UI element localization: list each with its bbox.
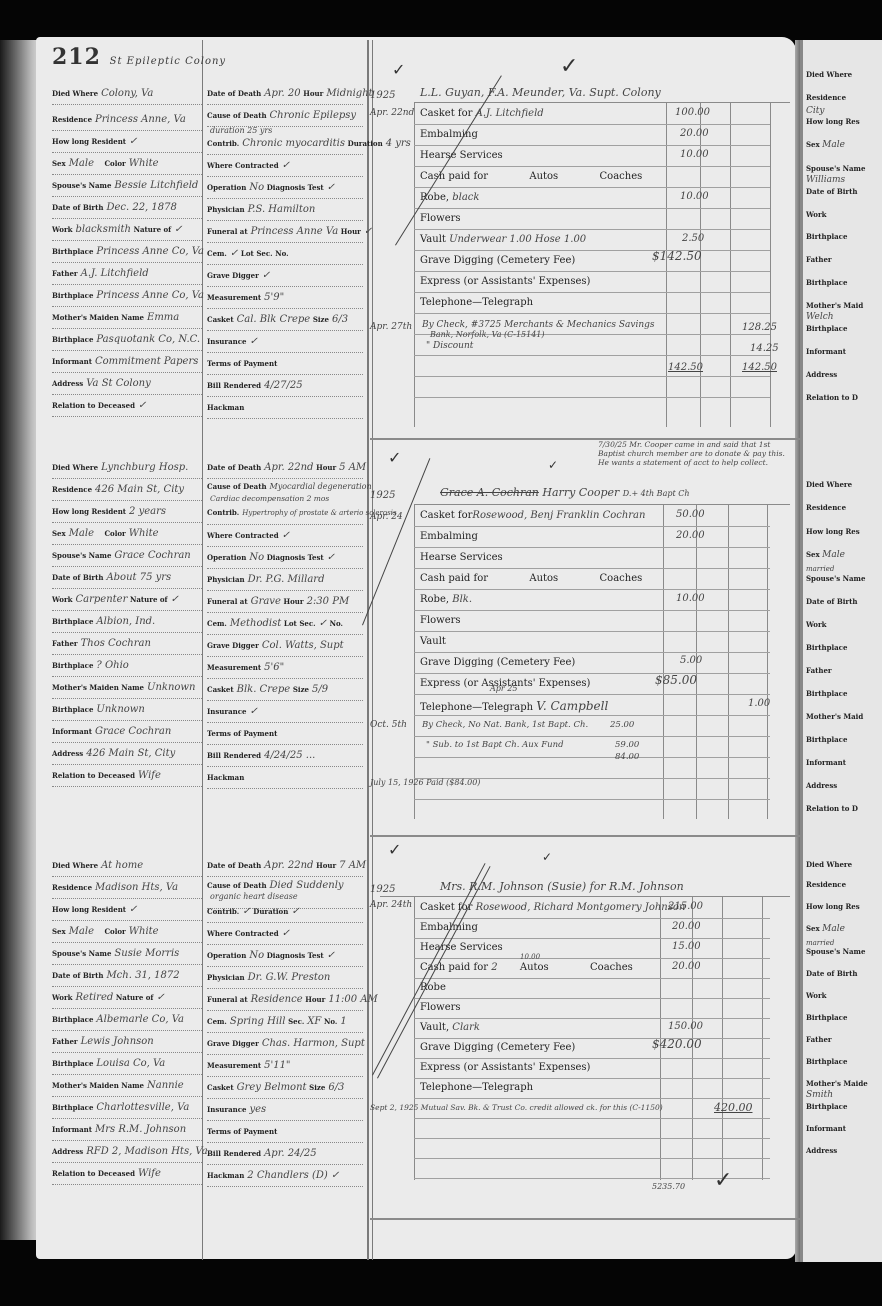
value: Cal. Blk Crepe — [237, 314, 311, 325]
label: Birthplace — [806, 1102, 847, 1111]
value: Male — [69, 926, 94, 937]
label: Diagnosis Test — [267, 553, 324, 562]
vault-row: Vault — [414, 632, 770, 653]
label: Date of Birth — [806, 187, 857, 196]
label: Cause of Death — [207, 881, 267, 890]
label: Mother's Maide — [806, 1079, 868, 1088]
father-field: FatherLewis Johnson — [52, 1036, 202, 1053]
value: ✓ — [129, 136, 137, 147]
label: Sex — [52, 159, 66, 168]
mother-birthplace-field: BirthplaceCharlottesville, Va — [52, 1102, 202, 1119]
label: Birthplace — [806, 643, 847, 652]
value: ✓ — [262, 270, 270, 281]
ledger-record-2: ✓ ✓ 7/30/25 Mr. Cooper came in and said … — [370, 440, 790, 820]
flowers-row: Flowers — [414, 611, 770, 632]
label: Date of Death — [207, 89, 261, 98]
label: Bill Rendered — [207, 1149, 261, 1158]
value: Grey Belmont — [237, 1082, 307, 1093]
rule — [414, 102, 790, 103]
residence-field: ResidencePrincess Anne, Va — [52, 114, 202, 131]
value: 2 — [491, 962, 497, 973]
how-long-resident-field: How long Resident✓ — [52, 904, 202, 921]
value: Clark — [452, 1022, 480, 1033]
record-1-left: Died WhereColony, Va ResidencePrincess A… — [52, 58, 202, 428]
value: ✓ — [291, 906, 299, 917]
value: 4/24/25 ... — [264, 750, 315, 761]
contrib-field: Contrib.Chronic myocarditis Duration4 yr… — [207, 138, 363, 155]
label: Birthplace — [806, 735, 847, 744]
label: Sex — [806, 140, 820, 149]
value: 5'11" — [264, 1060, 290, 1071]
label: Express (or Assistants' Expenses) — [420, 1062, 590, 1073]
address-field: AddressVa St Colony — [52, 378, 202, 395]
label: Mother's Maiden Name — [52, 683, 144, 692]
amount: 20.00 — [680, 128, 709, 139]
rule — [770, 102, 771, 427]
value: ✓ — [319, 618, 327, 629]
label: Where Contracted — [207, 531, 279, 540]
physician-field: PhysicianP.S. Hamilton — [207, 204, 363, 221]
label: Father — [52, 639, 78, 648]
label: How long Res — [806, 902, 860, 911]
value: married — [806, 565, 834, 573]
label: Vault — [420, 1022, 446, 1033]
label: Relation to Deceased — [52, 1169, 135, 1178]
date-of-death-field: Date of DeathApr. 22nd Hour5 AM — [207, 462, 363, 479]
label: Father — [806, 666, 832, 675]
label: No. — [324, 1017, 337, 1026]
grave-digger-field: Grave DiggerChas. Harmon, Supt — [207, 1038, 363, 1055]
value: Charlottesville, Va — [96, 1102, 189, 1113]
value: ? Ohio — [96, 660, 128, 671]
value: Unknown — [96, 704, 144, 715]
label: Died Where — [806, 70, 852, 79]
robe-row: Robe, black — [414, 188, 770, 209]
express-row: Express (or Assistants' Expenses) — [414, 1058, 770, 1079]
value: 1 — [340, 1016, 346, 1027]
label: Residence — [806, 503, 846, 512]
label: Work — [52, 993, 73, 1002]
work-field: WorkCarpenter Nature of✓ — [52, 594, 202, 611]
value: Blk. Crepe — [237, 684, 291, 695]
label: Relation to Deceased — [52, 401, 135, 410]
label: Coaches — [600, 171, 643, 182]
amount: 20.00 — [676, 530, 705, 541]
value: ✓ — [171, 594, 179, 605]
father-birthplace-field: BirthplacePrincess Anne Co, Va — [52, 290, 202, 307]
telephone-row: Telephone—Telegraph — [414, 293, 770, 314]
sex-color-field: SexMale ColorWhite — [52, 926, 202, 943]
amount: 10.00 — [676, 593, 705, 604]
father-birthplace-field: BirthplaceLouisa Co, Va — [52, 1058, 202, 1075]
value: No — [249, 182, 264, 193]
label: Birthplace — [806, 232, 847, 241]
label: Informant — [52, 1125, 92, 1134]
amount: 50.00 — [676, 509, 705, 520]
payment-line: " Sub. to 1st Bapt Ch. Aux Fund — [426, 740, 564, 750]
value: Louisa Co, Va — [96, 1058, 165, 1069]
label: Operation — [207, 553, 246, 562]
label: Birthplace — [806, 1057, 847, 1066]
label: Residence — [52, 485, 92, 494]
how-long-resident-field: How long Resident✓ — [52, 136, 202, 153]
informant-field: InformantCommitment Papers — [52, 356, 202, 373]
terms-of-payment-field: Terms of Payment — [207, 358, 363, 375]
label: Residence — [806, 880, 846, 889]
address-field: Address426 Main St, City — [52, 748, 202, 765]
label: Telephone—Telegraph — [420, 297, 533, 308]
column-divider-mid — [367, 40, 369, 1260]
amount: 84.00 — [615, 752, 639, 762]
value: Underwear 1.00 Hose 1.00 — [449, 234, 586, 245]
amount: 10.00 — [680, 149, 709, 160]
value: Wife — [138, 1168, 161, 1179]
value: ✓ — [282, 928, 290, 939]
label: Diagnosis Test — [267, 183, 324, 192]
label: Size — [313, 315, 329, 324]
value: Smith — [806, 1090, 833, 1100]
telephone-date: Apr 25 — [490, 684, 517, 693]
value: Mrs R.M. Johnson — [95, 1124, 186, 1135]
ledger-payee-suffix: D.+ 4th Bapt Ch — [623, 489, 690, 498]
date-of-birth-field: Date of BirthAbout 75 yrs — [52, 572, 202, 589]
contrib-field: Contrib.Hypertrophy of prostate & arteri… — [207, 508, 363, 525]
value: V. Campbell — [536, 699, 608, 713]
value: Spring Hill — [230, 1016, 286, 1027]
checkmark-icon: ✓ — [548, 458, 558, 472]
value: Methodist — [230, 618, 281, 629]
label: Spouse's Name — [806, 164, 865, 173]
ledger-note: 7/30/25 Mr. Cooper came in and said that… — [598, 440, 788, 467]
label: Mother's Maid — [806, 712, 863, 721]
value: Chronic Epilepsy — [270, 110, 357, 121]
label: Relation to Deceased — [52, 771, 135, 780]
insurance-field: Insurance✓ — [207, 336, 363, 353]
blank-row — [414, 377, 770, 398]
label: Died Where — [52, 861, 98, 870]
express-row: Express (or Assistants' Expenses) — [414, 272, 770, 293]
died-where-field: Died WhereAt home — [52, 860, 202, 877]
value: Died Suddenly — [270, 880, 344, 891]
label: Residence — [52, 883, 92, 892]
ledger-payee-struck: Grace A. Cochran — [440, 486, 539, 499]
hackman-field: Hackman2 Chandlers (D) ✓ — [207, 1170, 363, 1187]
value: black — [452, 192, 479, 203]
section-divider — [370, 1218, 800, 1220]
label: Express (or Assistants' Expenses) — [420, 276, 590, 287]
label: Informant — [806, 347, 846, 356]
value: Grace Cochran — [114, 550, 190, 561]
value: Pasquotank Co, N.C. — [96, 334, 200, 345]
flowers-row: Flowers — [414, 998, 770, 1019]
relation-field: Relation to DeceasedWife — [52, 770, 202, 787]
label: Date of Death — [207, 861, 261, 870]
label: Hearse Services — [420, 552, 503, 563]
value: White — [129, 158, 159, 169]
value: Male — [69, 528, 94, 539]
label: Work — [806, 991, 827, 1000]
value: Princess Anne Co, Va — [96, 246, 204, 257]
label: Measurement — [207, 663, 261, 672]
terms-of-payment-field: Terms of Payment — [207, 1126, 363, 1143]
bill-rendered-field: Bill Rendered4/27/25 — [207, 380, 363, 397]
value: Dr. G.W. Preston — [248, 972, 331, 983]
label: How long Resident — [52, 507, 126, 516]
ledger-year: 1925 — [370, 490, 395, 501]
died-where-field: Died WhereColony, Va — [52, 88, 202, 105]
value: married — [806, 939, 834, 947]
label: Father — [52, 1037, 78, 1046]
label: Address — [806, 781, 837, 790]
label: Coaches — [590, 962, 633, 973]
label: Vault — [420, 636, 446, 647]
value: ✓ — [138, 400, 146, 411]
label: Terms of Payment — [207, 729, 277, 738]
label: Work — [52, 595, 73, 604]
value: Rosewood, Richard Montgomery Johnson — [476, 902, 686, 913]
value: ✓ — [174, 224, 182, 235]
value: About 75 yrs — [106, 572, 171, 583]
label: Insurance — [207, 707, 246, 716]
ledger-date: Apr. 22nd — [370, 108, 414, 118]
value: Male — [822, 140, 845, 150]
subtotal: $420.00 — [652, 1037, 702, 1051]
label: Hour — [341, 227, 361, 236]
grave-digging-row: Grave Digging (Cemetery Fee) — [414, 1038, 770, 1059]
value: At home — [101, 860, 143, 871]
value: Male — [822, 550, 845, 560]
label: Cem. — [207, 1017, 227, 1026]
label: Color — [104, 529, 125, 538]
label: Cem. — [207, 249, 227, 258]
value: 426 Main St, City — [95, 484, 184, 495]
label: Address — [52, 749, 83, 758]
label: Hour — [316, 463, 336, 472]
father-field: FatherThos Cochran — [52, 638, 202, 655]
value: Va St Colony — [86, 378, 150, 389]
payment-line: By Check, No Nat. Bank, 1st Bapt. Ch. — [422, 720, 588, 730]
label: Residence — [806, 93, 846, 102]
how-long-resident-field: How long Resident2 years — [52, 506, 202, 523]
value: Grace Cochran — [95, 726, 171, 737]
hearse-row: Hearse Services — [414, 938, 770, 959]
value: Chronic myocarditis — [242, 138, 345, 149]
label: Birthplace — [52, 1015, 93, 1024]
amount: 59.00 — [615, 740, 639, 750]
amount: 10.00 — [680, 191, 709, 202]
label: Spouse's Name — [52, 551, 111, 560]
value: City — [806, 106, 824, 116]
value: ✓ — [249, 336, 257, 347]
measurement-field: Measurement5'11" — [207, 1060, 363, 1077]
informant-field: InformantGrace Cochran — [52, 726, 202, 743]
label: Sec. — [288, 1017, 304, 1026]
label: Casket for — [420, 510, 472, 521]
measurement-field: Measurement5'9" — [207, 292, 363, 309]
grave-digging-row: Grave Digging (Cemetery Fee) — [414, 653, 770, 674]
value: XF — [307, 1016, 321, 1027]
work-field: Workblacksmith Nature of✓ — [52, 224, 202, 241]
value: 7 AM — [339, 860, 366, 871]
cash-paid-row: Cash paid for Autos Coaches — [414, 167, 770, 188]
label: Cash paid for — [420, 573, 488, 584]
label: Grave Digging (Cemetery Fee) — [420, 255, 575, 266]
label: Funeral at — [207, 597, 248, 606]
label: Father — [806, 255, 832, 264]
amount: 215.00 — [668, 901, 703, 912]
label: Work — [52, 225, 73, 234]
label: Contrib. — [207, 508, 239, 517]
died-where-field: Died WhereLynchburg Hosp. — [52, 462, 202, 479]
label: Sec. — [256, 249, 272, 258]
value: 6/3 — [328, 1082, 344, 1093]
label: Cash paid for — [420, 171, 488, 182]
checkmark-icon: ✓ — [560, 54, 578, 79]
subtotal: $85.00 — [655, 673, 697, 687]
label: Operation — [207, 951, 246, 960]
ledger-year: 1925 — [370, 884, 395, 895]
label: Sex — [806, 924, 820, 933]
residence-field: ResidenceMadison Hts, Va — [52, 882, 202, 899]
label: Hour — [316, 861, 336, 870]
label: Spouse's Name — [806, 574, 865, 583]
label: Birthplace — [52, 1103, 93, 1112]
label: Relation to D — [806, 393, 858, 402]
value: 2 Chandlers (D) ✓ — [247, 1170, 339, 1181]
label: Hearse Services — [420, 150, 503, 161]
where-contracted-field: Where Contracted✓ — [207, 928, 363, 945]
label: Grave Digger — [207, 1039, 259, 1048]
label: Terms of Payment — [207, 359, 277, 368]
label: Casket for — [420, 108, 472, 119]
label: Birthplace — [52, 617, 93, 626]
value: Emma — [147, 312, 179, 323]
date-of-death-field: Date of DeathApr. 20 HourMidnight — [207, 88, 363, 105]
funeral-at-field: Funeral atResidence Hour11:00 AM — [207, 994, 363, 1011]
page-total: 5235.70 — [652, 1182, 685, 1191]
value: Mch. 31, 1872 — [106, 970, 179, 981]
robe-row: Robe — [414, 978, 770, 999]
label: Informant — [806, 1124, 846, 1133]
value: 10.00 — [520, 953, 540, 961]
value: Myocardial degeneration — [270, 482, 372, 491]
value: ✓ — [129, 904, 137, 915]
label: Nature of — [134, 225, 172, 234]
value: duration 25 yrs — [210, 126, 272, 135]
ledger-record-3: ✓ ✓ 1925 Mrs. R.M. Johnson (Susie) for R… — [370, 840, 790, 1220]
label: Date of Birth — [52, 573, 103, 582]
label: Birthplace — [52, 661, 93, 670]
residence-field: Residence426 Main St, City — [52, 484, 202, 501]
blank-row — [414, 1138, 770, 1159]
relation-field: Relation to DeceasedWife — [52, 1168, 202, 1185]
value: ✓ — [242, 906, 250, 917]
telephone-row: Telephone—Telegraph — [414, 1078, 770, 1099]
label: Birthplace — [806, 1013, 847, 1022]
ledger-date: Apr. 24th — [370, 900, 412, 910]
vault-row: Vault Underwear 1.00 Hose 1.00 — [414, 230, 770, 251]
value: 4/27/25 — [264, 380, 303, 391]
value: blacksmith — [76, 224, 132, 235]
birthplace-field: BirthplaceAlbion, Ind. — [52, 616, 202, 633]
value: Wife — [138, 770, 161, 781]
spouse-name-field: Spouse's NameBessie Litchfield — [52, 180, 202, 197]
where-contracted-field: Where Contracted✓ — [207, 530, 363, 547]
flowers-row: Flowers — [414, 209, 770, 230]
label: Bill Rendered — [207, 751, 261, 760]
label: Hackman — [207, 1171, 244, 1180]
value: Welch — [806, 312, 834, 322]
bill-rendered-field: Bill RenderedApr. 24/25 — [207, 1148, 363, 1165]
informant-field: InformantMrs R.M. Johnson — [52, 1124, 202, 1141]
cash-paid-row: Cash paid for Autos Coaches — [414, 569, 770, 590]
blank-row — [414, 758, 770, 779]
value: Unknown — [147, 682, 195, 693]
record-2-left: Died WhereLynchburg Hosp. Residence426 M… — [52, 432, 202, 812]
value: Albemarle Co, Va — [96, 1014, 184, 1025]
label: Died Where — [52, 463, 98, 472]
label: Coaches — [600, 573, 643, 584]
checkmark-icon: ✓ — [392, 60, 405, 79]
label: Funeral at — [207, 227, 248, 236]
mothers-maiden-name-field: Mother's Maiden NameUnknown — [52, 682, 202, 699]
label: Grave Digger — [207, 641, 259, 650]
value: Cardiac decompensation 2 mos — [210, 494, 329, 503]
value: Lynchburg Hosp. — [101, 462, 188, 473]
value: Albion, Ind. — [96, 616, 155, 627]
label: Contrib. — [207, 139, 239, 148]
label: How long Resident — [52, 137, 126, 146]
value: ✓ — [156, 992, 164, 1003]
embalming-row: Embalming — [414, 527, 770, 548]
label: Embalming — [420, 531, 478, 542]
amount: 20.00 — [672, 961, 701, 972]
mothers-maiden-name-field: Mother's Maiden NameNannie — [52, 1080, 202, 1097]
record-3-left: Died WhereAt home ResidenceMadison Hts, … — [52, 844, 202, 1214]
label: Where Contracted — [207, 161, 279, 170]
label: Hour — [305, 995, 325, 1004]
contrib-field: Contrib.✓ Duration✓ — [207, 906, 363, 923]
label: Physician — [207, 973, 245, 982]
label: Birthplace — [806, 689, 847, 698]
label: Casket — [207, 1083, 234, 1092]
date-of-birth-field: Date of BirthDec. 22, 1878 — [52, 202, 202, 219]
label: Died Where — [806, 480, 852, 489]
terms-of-payment-field: Terms of Payment — [207, 728, 363, 745]
mothers-maiden-name-field: Mother's Maiden NameEmma — [52, 312, 202, 329]
value: White — [129, 528, 159, 539]
cemetery-field: Cem.✓ Lot Sec. No. — [207, 248, 363, 265]
sex-color-field: SexMale ColorWhite — [52, 528, 202, 545]
label: Spouse's Name — [806, 947, 865, 956]
amount: 420.00 — [714, 1101, 753, 1114]
grave-digger-field: Grave DiggerCol. Watts, Supt — [207, 640, 363, 657]
value: Male — [822, 924, 845, 934]
label: Date of Birth — [52, 203, 103, 212]
label: Birthplace — [52, 705, 93, 714]
label: Sex — [52, 927, 66, 936]
value: Chas. Harmon, Supt — [262, 1038, 365, 1049]
label: Informant — [806, 758, 846, 767]
label: Date of Birth — [52, 971, 103, 980]
value: 2:30 PM — [307, 596, 350, 607]
label: Contrib. — [207, 907, 239, 916]
value: 5/9 — [312, 684, 328, 695]
label: Embalming — [420, 129, 478, 140]
value: Apr. 22nd — [264, 462, 313, 473]
value: 5'9" — [264, 292, 284, 303]
value: ✓ — [327, 950, 335, 961]
